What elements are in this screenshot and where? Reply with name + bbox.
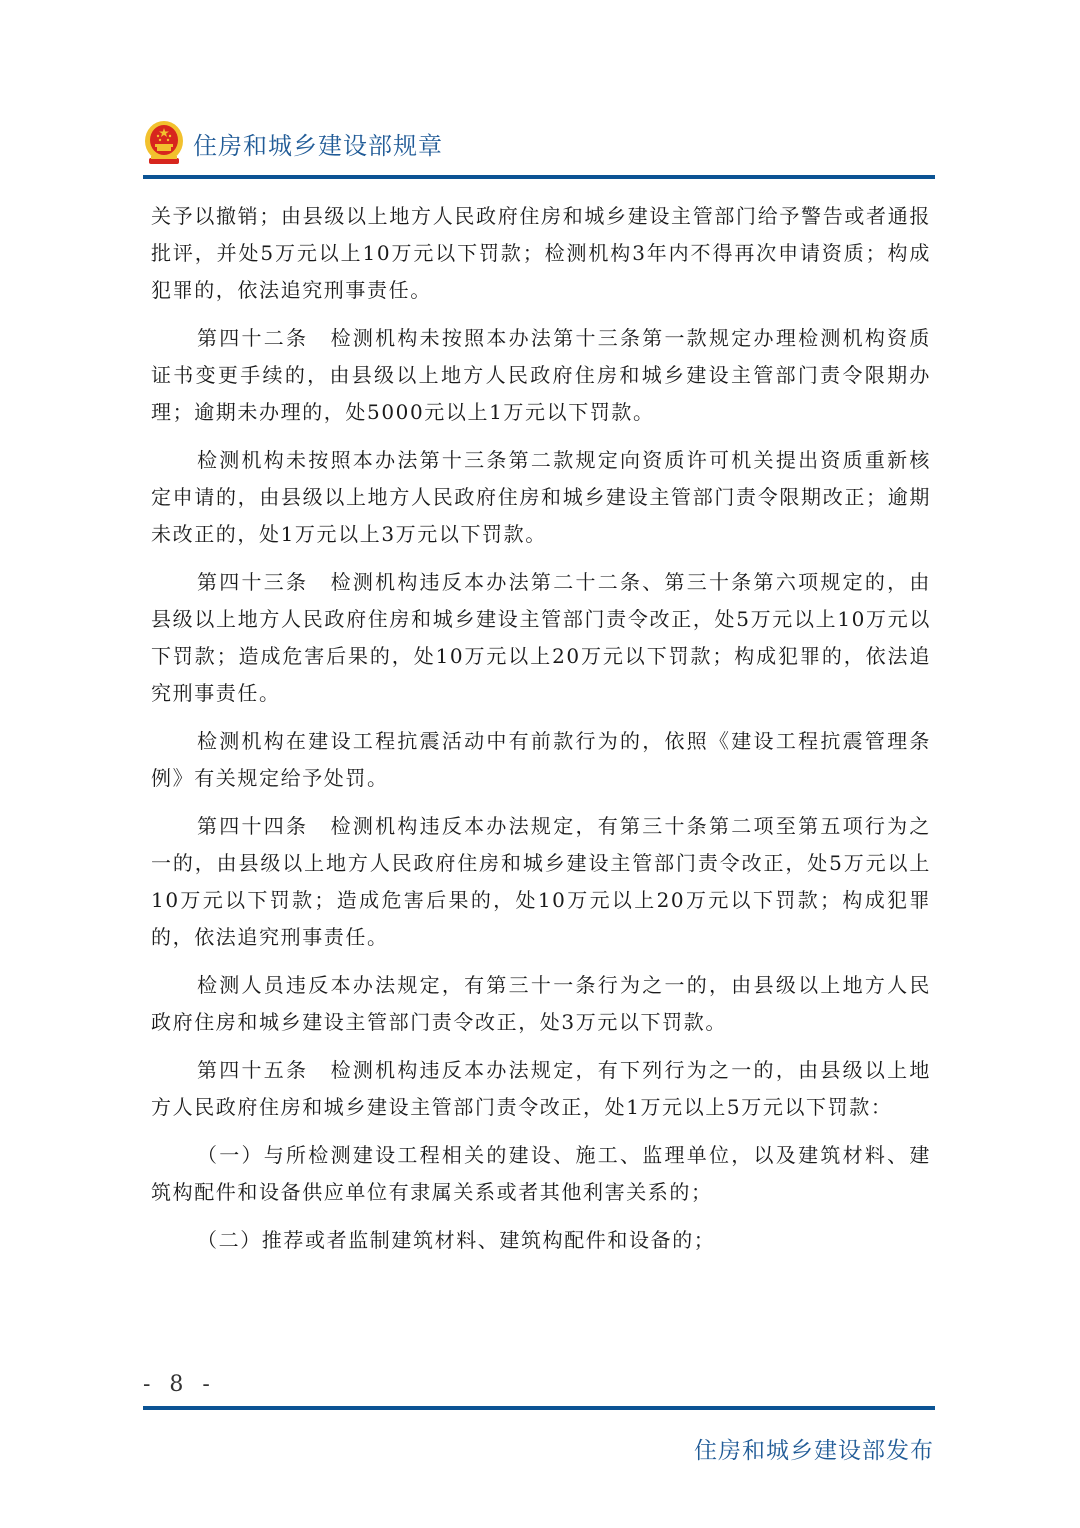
header-divider: [143, 175, 935, 179]
paragraph: 检测人员违反本办法规定，有第三十一条行为之一的，由县级以上地方人民政府住房和城乡…: [151, 967, 931, 1041]
footer-publisher: 住房和城乡建设部发布: [694, 1432, 934, 1465]
list-item: （一）与所检测建设工程相关的建设、施工、监理单位，以及建筑材料、建筑构配件和设备…: [151, 1137, 931, 1211]
footer-divider: [143, 1406, 935, 1410]
paragraph-article-43: 第四十三条 检测机构违反本办法第二十二条、第三十条第六项规定的，由县级以上地方人…: [151, 564, 931, 712]
page-number: - 8 -: [143, 1372, 216, 1397]
paragraph-article-42: 第四十二条 检测机构未按照本办法第十三条第一款规定办理检测机构资质证书变更手续的…: [151, 320, 931, 431]
list-item: （二）推荐或者监制建筑材料、建筑构配件和设备的；: [151, 1222, 931, 1259]
paragraph: 检测机构在建设工程抗震活动中有前款行为的，依照《建设工程抗震管理条例》有关规定给…: [151, 723, 931, 797]
paragraph-article-44: 第四十四条 检测机构违反本办法规定，有第三十条第二项至第五项行为之一的，由县级以…: [151, 808, 931, 956]
paragraph: 关予以撤销；由县级以上地方人民政府住房和城乡建设主管部门给予警告或者通报批评，并…: [151, 198, 931, 309]
national-emblem-icon: [143, 120, 185, 166]
page-header: 住房和城乡建设部规章: [143, 118, 443, 168]
paragraph: 检测机构未按照本办法第十三条第二款规定向资质许可机关提出资质重新核定申请的，由县…: [151, 442, 931, 553]
paragraph-article-45: 第四十五条 检测机构违反本办法规定，有下列行为之一的，由县级以上地方人民政府住房…: [151, 1052, 931, 1126]
header-title: 住房和城乡建设部规章: [193, 126, 443, 161]
document-body: 关予以撤销；由县级以上地方人民政府住房和城乡建设主管部门给予警告或者通报批评，并…: [151, 198, 931, 1270]
